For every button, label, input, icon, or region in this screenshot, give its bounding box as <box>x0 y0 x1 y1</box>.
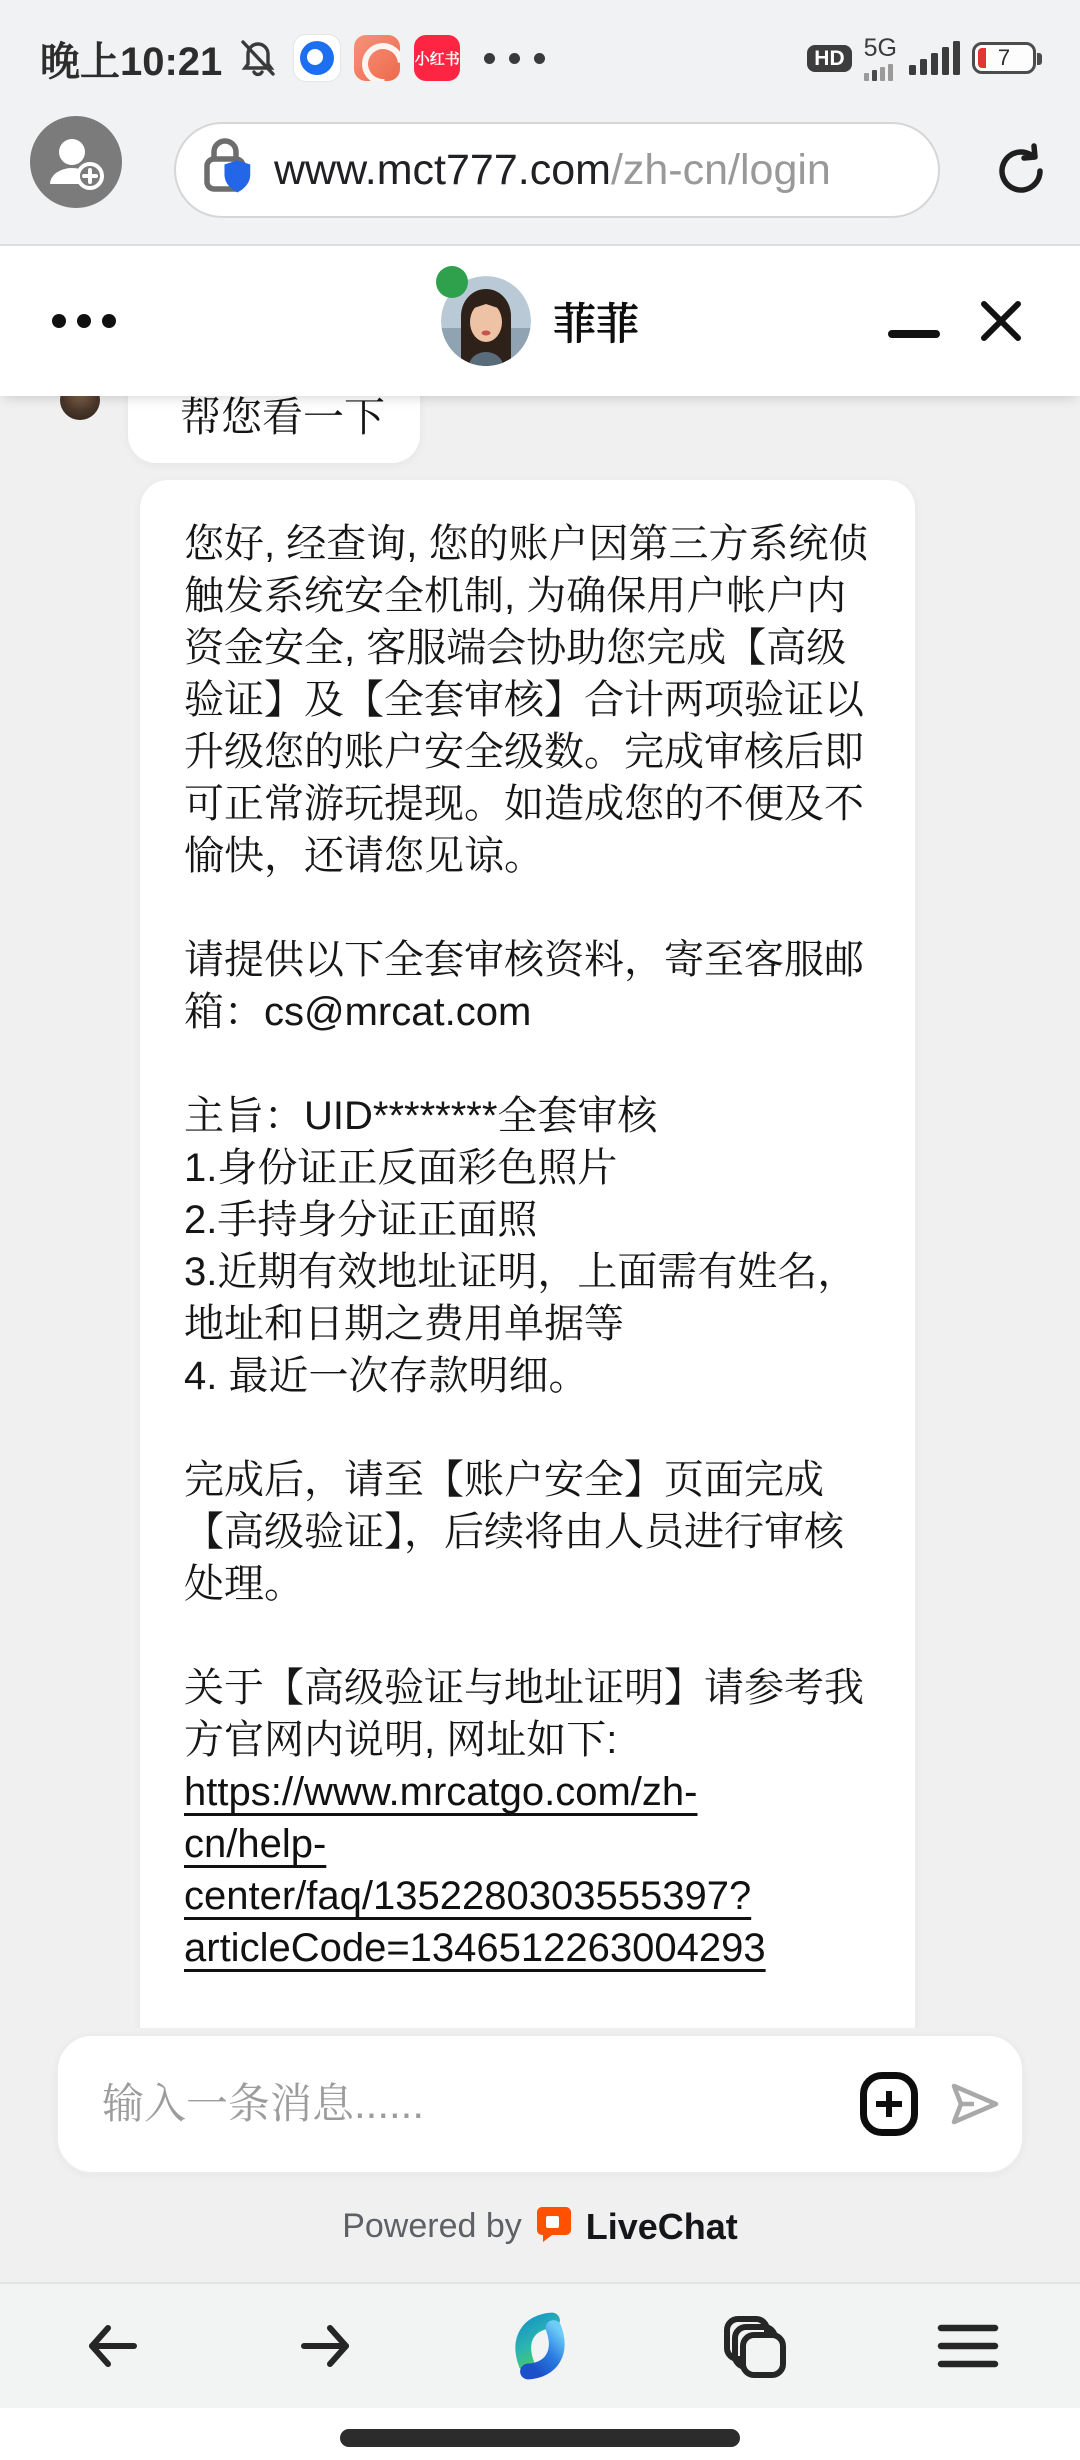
moon-app-icon <box>354 35 400 81</box>
faq-link[interactable]: https://www.mrcatgo.com/zh- cn/help- cen… <box>184 1766 871 1974</box>
message-line: 升级您的账户安全级数。完成审核后即 <box>184 726 871 778</box>
message-input[interactable] <box>102 2080 860 2128</box>
message-line: 地址和日期之费用单据等 <box>184 1298 871 1350</box>
browser-nav-bar <box>0 2282 1080 2408</box>
message-line: 方官网内说明, 网址如下: <box>184 1714 871 1766</box>
notifications-muted-icon <box>236 34 280 83</box>
chat-input-area: Powered by LiveChat <box>0 2028 1080 2282</box>
status-bar: 晚上10:21 小红书 HD 5G <box>0 0 1080 100</box>
close-button[interactable] <box>976 296 1026 346</box>
address-bar[interactable]: www.mct777.com/zh-cn/login <box>174 122 940 218</box>
home-indicator[interactable] <box>340 2429 740 2447</box>
message-line: 3.近期有效地址证明，上面需有姓名， <box>184 1246 871 1298</box>
forward-button[interactable] <box>290 2310 362 2382</box>
network-type-label: 5G <box>864 36 897 61</box>
faq-link-line[interactable]: articleCode=1346512263004293 <box>184 1922 871 1974</box>
faq-link-line[interactable]: center/faq/1352280303555397? <box>184 1870 871 1922</box>
tabs-button[interactable] <box>718 2310 790 2382</box>
message-line: 4. 最近一次存款明细。 <box>184 1350 871 1402</box>
url-text[interactable]: www.mct777.com/zh-cn/login <box>274 146 831 195</box>
browser-toolbar: www.mct777.com/zh-cn/login <box>0 100 1080 246</box>
message-line: 完成后，请至【账户安全】页面完成 <box>184 1454 871 1506</box>
send-button[interactable] <box>944 2074 1004 2134</box>
message-line: 处理。 <box>184 1558 871 1610</box>
menu-button[interactable] <box>932 2310 1004 2382</box>
message-input-pill[interactable] <box>56 2034 1024 2174</box>
agent-name: 菲菲 <box>553 291 639 352</box>
message-line: 您好, 经查询, 您的账户因第三方系统侦 <box>184 518 871 570</box>
refresh-button[interactable] <box>990 140 1052 202</box>
livechat-logo-icon <box>534 2204 574 2249</box>
message-line: 资金安全, 客服端会协助您完成【高级 <box>184 622 871 674</box>
browser-app-icon <box>294 35 340 81</box>
profile-button[interactable] <box>30 116 122 208</box>
back-button[interactable] <box>76 2310 148 2382</box>
hd-indicator: HD <box>807 45 851 72</box>
message-line: 可正常游玩提现。如造成您的不便及不 <box>184 778 871 830</box>
powered-by-label: Powered by <box>342 2207 522 2246</box>
battery-percent: 7 <box>998 45 1010 71</box>
message-line: 1.身份证正反面彩色照片 <box>184 1142 871 1194</box>
faq-link-line[interactable]: https://www.mrcatgo.com/zh- <box>184 1766 871 1818</box>
online-status-dot <box>436 266 468 298</box>
gesture-strip <box>0 2408 1080 2460</box>
message-line: 箱：cs@mrcat.com <box>184 986 871 1038</box>
message-line: 主旨：UID********全套审核 <box>184 1090 871 1142</box>
faq-link-line[interactable]: cn/help- <box>184 1818 871 1870</box>
message-line: 请提供以下全套审核资料，寄至客服邮 <box>184 934 871 986</box>
xiaohongshu-app-icon: 小红书 <box>414 35 460 81</box>
notification-overflow-icon <box>484 53 545 64</box>
phone-screen: 晚上10:21 小红书 HD 5G <box>0 0 1080 2460</box>
message-line: 2.手持身分证正面照 <box>184 1194 871 1246</box>
attach-plus-button[interactable] <box>860 2072 918 2136</box>
message-line: 验证】及【全套审核】合计两项验证以 <box>184 674 871 726</box>
chat-message-main: 您好, 经查询, 您的账户因第三方系统侦 触发系统安全机制, 为确保用户帐户内 … <box>140 480 915 2120</box>
clock: 晚上10:21 <box>40 30 222 87</box>
secure-lock-icon[interactable] <box>198 133 264 208</box>
livechat-wordmark: LiveChat <box>586 2206 738 2248</box>
minimize-button[interactable] <box>888 330 940 338</box>
message-line: 关于【高级验证与地址证明】请参考我 <box>184 1662 871 1714</box>
chat-header: 菲菲 <box>0 246 1080 396</box>
signal-sim1-icon <box>909 41 960 75</box>
copilot-button[interactable] <box>504 2310 576 2382</box>
message-line: 触发系统安全机制, 为确保用户帐户内 <box>184 570 871 622</box>
livechat-branding[interactable]: Powered by LiveChat <box>0 2204 1080 2249</box>
signal-sim2-icon <box>864 64 893 81</box>
message-line: 愉快，还请您见谅。 <box>184 830 871 882</box>
battery-icon: 7 <box>972 42 1036 74</box>
message-line: 【高级验证】，后续将由人员进行审核 <box>184 1506 871 1558</box>
